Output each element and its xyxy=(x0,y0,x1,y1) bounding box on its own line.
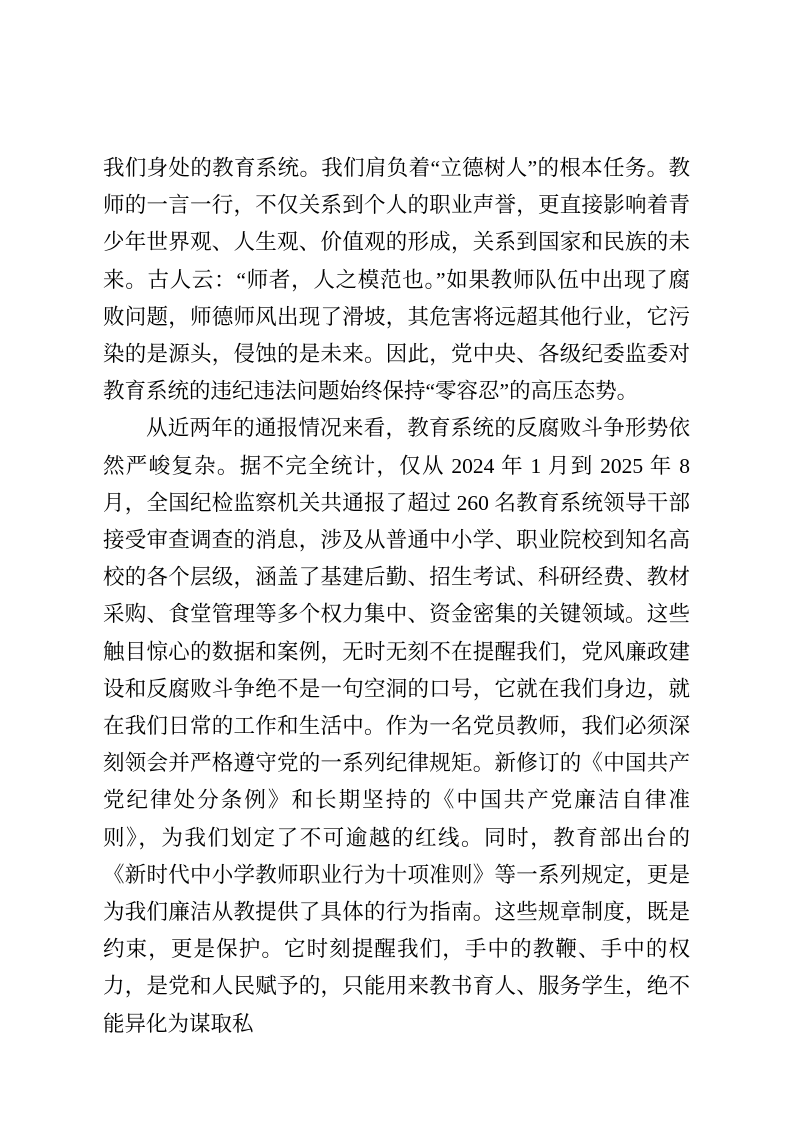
document-body: 我们身处的教育系统。我们肩负着“立德树人”的根本任务。教师的一言一行，不仅关系到… xyxy=(103,150,690,1043)
document-page: 我们身处的教育系统。我们肩负着“立德树人”的根本任务。教师的一言一行，不仅关系到… xyxy=(0,0,793,1122)
paragraph: 从近两年的通报情况来看，教育系统的反腐败斗争形势依然严峻复杂。据不完全统计，仅从… xyxy=(103,410,690,1042)
paragraph: 我们身处的教育系统。我们肩负着“立德树人”的根本任务。教师的一言一行，不仅关系到… xyxy=(103,150,690,410)
